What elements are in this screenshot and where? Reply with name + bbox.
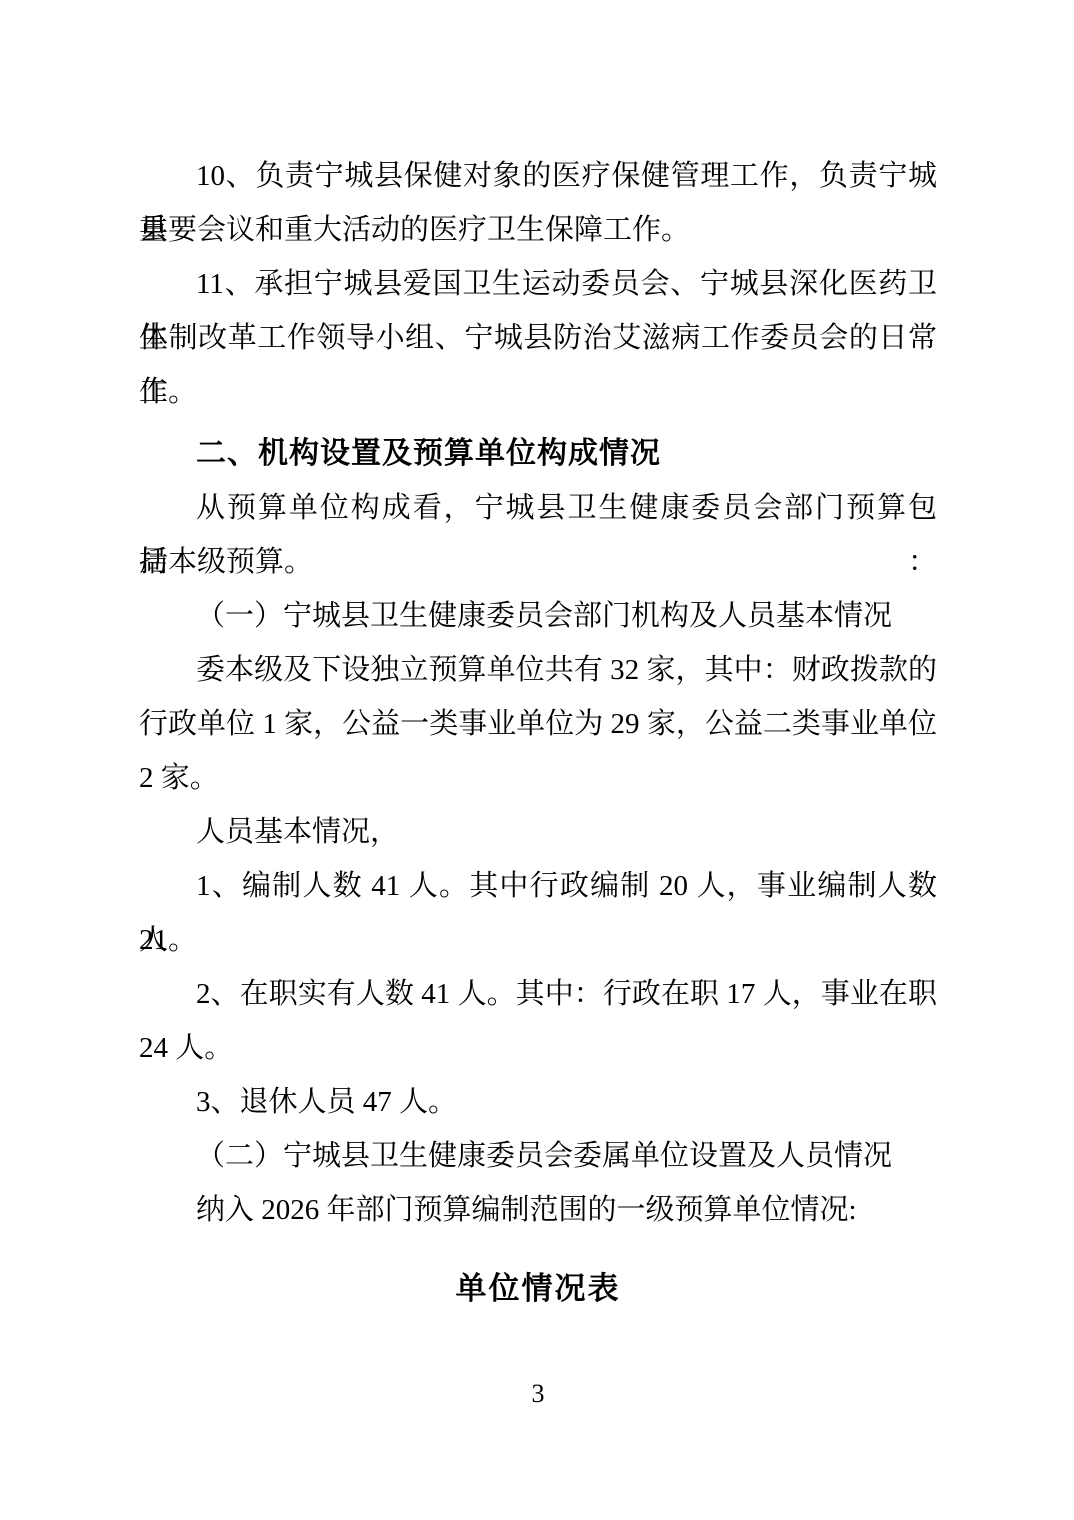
paragraph-line: 体制改革工作领导小组、宁城县防治艾滋病工作委员会的日常工 [139, 311, 937, 365]
paragraph-line: 2 家。 [139, 751, 937, 805]
subsection-heading: （一）宁城县卫生健康委员会部门机构及人员基本情况 [139, 589, 937, 643]
paragraph-line: 行政单位 1 家，公益一类事业单位为 29 家，公益二类事业单位 [139, 697, 937, 751]
paragraph-line: 2、在职实有人数 41 人。其中：行政在职 17 人，事业在职 [139, 967, 937, 1021]
paragraph-line: 委本级及下设独立预算单位共有 32 家，其中：财政拨款的 [139, 643, 937, 697]
paragraph-line: 11、承担宁城县爱国卫生运动委员会、宁城县深化医药卫生 [139, 257, 937, 311]
paragraph-line: 纳入 2026 年部门预算编制范围的一级预算单位情况: [139, 1183, 937, 1237]
paragraph-line: 人。 [139, 913, 937, 967]
subsection-heading: （二）宁城县卫生健康委员会委属单位设置及人员情况 [139, 1129, 937, 1183]
table-title: 单位情况表 [139, 1262, 937, 1316]
paragraph-line: 人员基本情况， [139, 805, 937, 859]
page-number: 3 [139, 1367, 937, 1421]
paragraph-line: 3、退休人员 47 人。 [139, 1075, 937, 1129]
paragraph-line: 24 人。 [139, 1021, 937, 1075]
paragraph-line: 作。 [139, 365, 937, 419]
paragraph-line: 从预算单位构成看，宁城县卫生健康委员会部门预算包括： [139, 481, 937, 535]
paragraph-line: 1、编制人数 41 人。其中行政编制 20 人，事业编制人数 21 [139, 859, 937, 913]
document-page: 10、负责宁城县保健对象的医疗保健管理工作，负责宁城县 重要会议和重大活动的医疗… [0, 0, 1074, 1520]
paragraph-line: 重要会议和重大活动的医疗卫生保障工作。 [139, 203, 937, 257]
document-body: 10、负责宁城县保健对象的医疗保健管理工作，负责宁城县 重要会议和重大活动的医疗… [139, 149, 937, 1421]
section-heading: 二、机构设置及预算单位构成情况 [139, 427, 937, 481]
paragraph-line: 10、负责宁城县保健对象的医疗保健管理工作，负责宁城县 [139, 149, 937, 203]
